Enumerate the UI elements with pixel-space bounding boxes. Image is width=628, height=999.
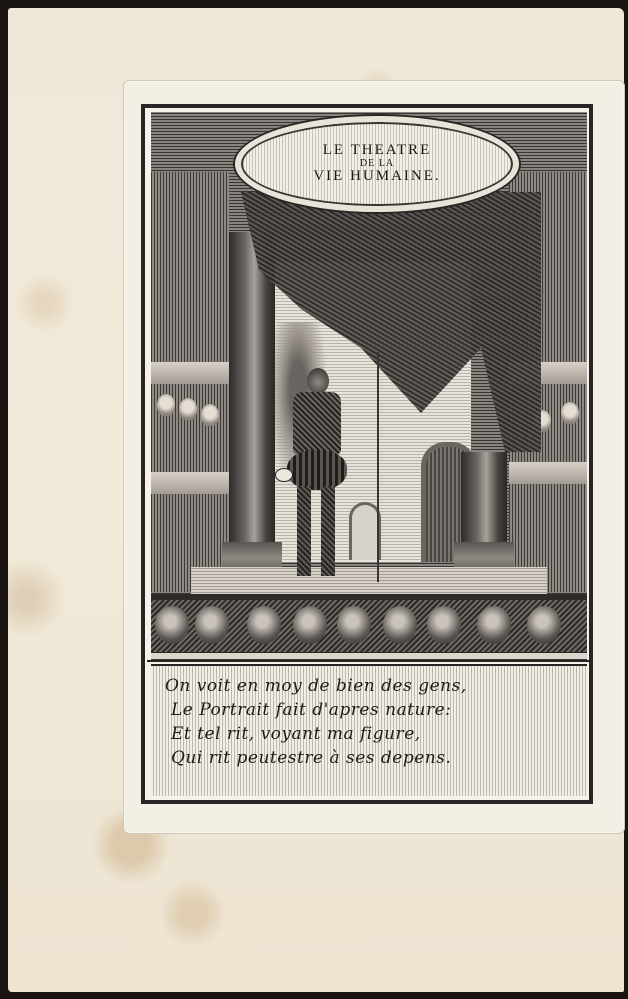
- stage-floor: [191, 567, 547, 595]
- verse-line-3: Et tel rit, voyant ma figure,: [165, 722, 587, 746]
- actor-figure: [281, 368, 353, 583]
- left-column: [229, 232, 275, 572]
- actor-leg: [297, 486, 311, 576]
- audience-head: [383, 606, 417, 644]
- audience-head: [337, 606, 371, 644]
- audience-head: [477, 606, 511, 644]
- title-cartouche: LE THEATRE DE LA VIE HUMAINE.: [235, 116, 519, 212]
- verse-line-1: On voit en moy de bien des gens,: [165, 674, 587, 698]
- spectator: [201, 404, 219, 426]
- spectator: [561, 402, 579, 424]
- spectator: [179, 398, 197, 420]
- actor-breeches: [287, 450, 347, 490]
- audience-head: [155, 606, 189, 644]
- left-lower-balcony: [151, 472, 229, 494]
- rope: [377, 352, 379, 582]
- right-lower-balcony: [509, 462, 587, 484]
- pit-rail: [151, 652, 587, 659]
- title-line-3: VIE HUMAINE.: [313, 169, 440, 185]
- left-upper-balcony: [151, 362, 229, 384]
- spectator: [157, 394, 175, 416]
- audience-head: [195, 606, 229, 644]
- verse-line-2: Le Portrait fait d'apres nature:: [165, 698, 587, 722]
- verse-line-4: Qui rit peutestre à ses depens.: [165, 746, 587, 770]
- verse-panel: On voit en moy de bien des gens, Le Port…: [151, 664, 587, 796]
- mask: [275, 468, 293, 482]
- audience-head: [247, 606, 281, 644]
- actor-leg: [321, 486, 335, 576]
- actor-head: [307, 368, 329, 394]
- audience-head: [293, 606, 327, 644]
- theatre-scene: LE THEATRE DE LA VIE HUMAINE.: [151, 112, 587, 660]
- actor-doublet: [293, 392, 341, 454]
- title-line-1: LE THEATRE: [323, 143, 431, 159]
- audience-head: [527, 606, 561, 644]
- audience-head: [427, 606, 461, 644]
- divider-rule: [147, 660, 591, 662]
